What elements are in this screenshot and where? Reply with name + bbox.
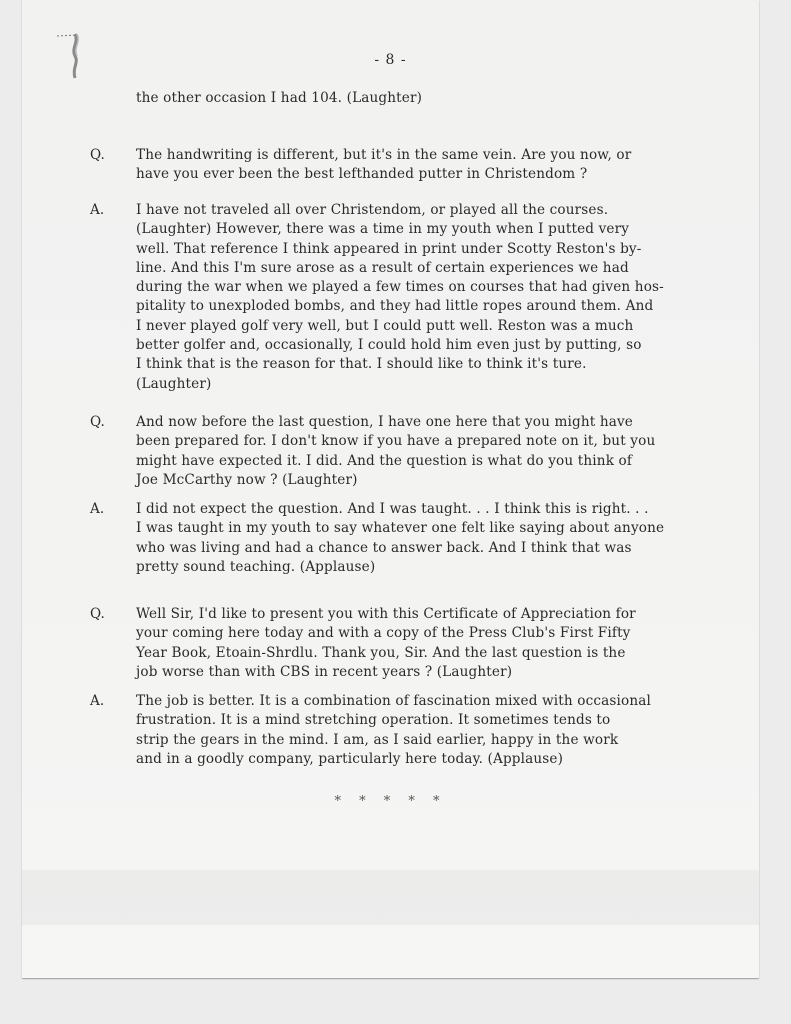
text-line: I think that is the reason for that. I s…	[136, 355, 664, 374]
text-line: pretty sound teaching. (Applause)	[136, 558, 664, 577]
text-line: been prepared for. I don't know if you h…	[136, 432, 655, 451]
exchange-text: I have not traveled all over Christendom…	[136, 201, 664, 394]
text-line: The handwriting is different, but it's i…	[136, 146, 631, 165]
text-line: Joe McCarthy now ? (Laughter)	[136, 471, 655, 490]
speaker-label: A.	[90, 500, 104, 519]
text-line: job worse than with CBS in recent years …	[136, 663, 636, 682]
speaker-label: A.	[90, 201, 104, 220]
document-page: - 8 - the other occasion I had 104. (Lau…	[22, 0, 759, 978]
speaker-label: Q.	[90, 605, 105, 624]
exchange-text: The handwriting is different, but it's i…	[136, 146, 631, 185]
text-line: (Laughter)	[136, 375, 664, 394]
text-line: line. And this I'm sure arose as a resul…	[136, 259, 664, 278]
speaker-label: A.	[90, 692, 104, 711]
exchange-text: I did not expect the question. And I was…	[136, 500, 664, 577]
text-line: I did not expect the question. And I was…	[136, 500, 664, 519]
page-number: - 8 -	[22, 52, 759, 68]
exchange-text: And now before the last question, I have…	[136, 413, 655, 490]
text-line: The job is better. It is a combination o…	[136, 692, 651, 711]
exchange-text: The job is better. It is a combination o…	[136, 692, 651, 769]
text-line: frustration. It is a mind stretching ope…	[136, 711, 651, 730]
text-line: pitality to unexploded bombs, and they h…	[136, 297, 664, 316]
text-line: and in a goodly company, particularly he…	[136, 750, 651, 769]
text-line: your coming here today and with a copy o…	[136, 624, 636, 643]
text-line: Year Book, Etoain-Shrdlu. Thank you, Sir…	[136, 644, 636, 663]
text-line: might have expected it. I did. And the q…	[136, 452, 655, 471]
paper-fold-shadow	[22, 870, 759, 925]
text-line: I never played golf very well, but I cou…	[136, 317, 664, 336]
speaker-label: Q.	[90, 413, 105, 432]
text-line: who was living and had a chance to answe…	[136, 539, 664, 558]
text-line: strip the gears in the mind. I am, as I …	[136, 731, 651, 750]
text-line: well. That reference I think appeared in…	[136, 240, 664, 259]
text-line: during the war when we played a few time…	[136, 278, 664, 297]
text-line: (Laughter) However, there was a time in …	[136, 220, 664, 239]
text-line: have you ever been the best lefthanded p…	[136, 165, 631, 184]
text-line: Well Sir, I'd like to present you with t…	[136, 605, 636, 624]
text-line: I was taught in my youth to say whatever…	[136, 519, 664, 538]
opening-line: the other occasion I had 104. (Laughter)	[136, 89, 422, 108]
end-of-section-mark: * * * * *	[22, 794, 759, 809]
text-line: And now before the last question, I have…	[136, 413, 655, 432]
text-line: better golfer and, occasionally, I could…	[136, 336, 664, 355]
text-line: I have not traveled all over Christendom…	[136, 201, 664, 220]
exchange-text: Well Sir, I'd like to present you with t…	[136, 605, 636, 682]
speaker-label: Q.	[90, 146, 105, 165]
